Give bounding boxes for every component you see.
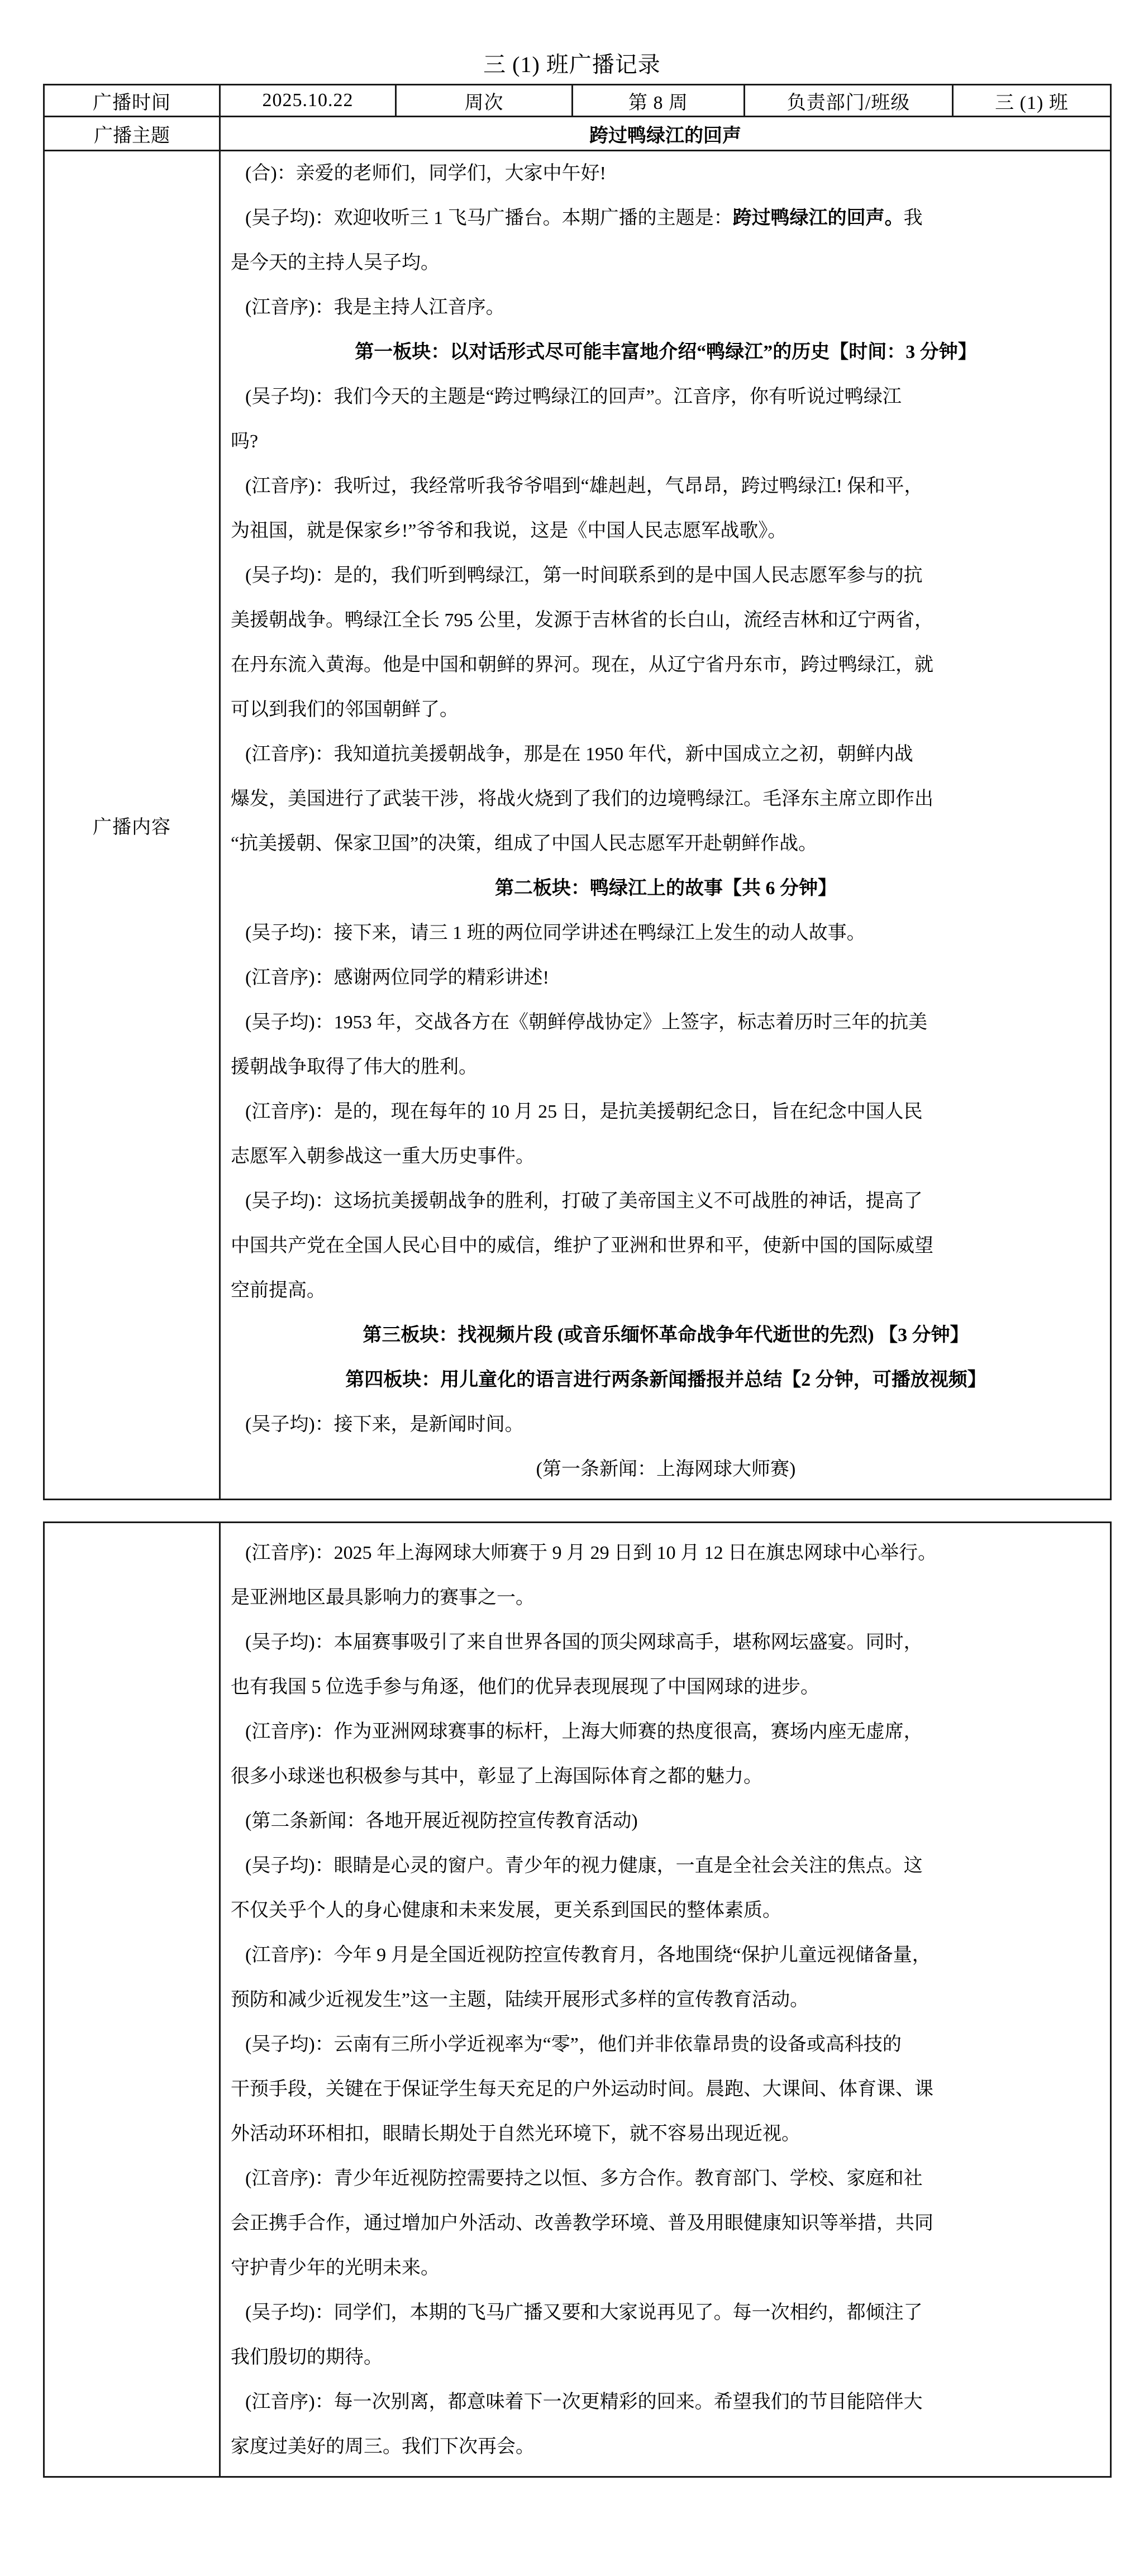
page-title: 三 (1) 班广播记录 <box>0 51 1144 78</box>
dept-value-cell: 三 (1) 班 <box>953 85 1111 117</box>
content-line: (第二条新闻：各地开展近视防控宣传教育活动) <box>231 1799 1101 1844</box>
content-line: 第三板块：找视频片段 (或音乐缅怀革命战争年代逝世的先烈) 【3 分钟】 <box>231 1313 1101 1358</box>
content-line: (吴子均)：云南有三所小学近视率为“零”，他们并非依靠昂贵的设备或高科技的 <box>231 2022 1101 2067</box>
page: { "page": { "title": "三 (1) 班广播记录" }, "t… <box>0 51 1144 2576</box>
content-line: 守护青少年的光明未来。 <box>231 2246 1101 2291</box>
content-line: 可以到我们的邻国朝鲜了。 <box>231 688 1101 732</box>
content-line: (江音序)：今年 9 月是全国近视防控宣传教育月，各地围绕“保护儿童远视储备量， <box>231 1933 1101 1978</box>
table-row-theme: 广播主题 跨过鸭绿江的回声 <box>44 117 1111 151</box>
content-line: (吴子均)：这场抗美援朝战争的胜利，打破了美帝国主义不可战胜的神话，提高了 <box>231 1179 1101 1224</box>
week-value-cell: 第 8 周 <box>573 85 745 117</box>
content-line: 第一板块：以对话形式尽可能丰富地介绍“鸭绿江”的历史【时间：3 分钟】 <box>231 330 1101 375</box>
table-gap <box>0 1500 1144 1521</box>
content-line: 志愿军入朝参战这一重大历史事件。 <box>231 1134 1101 1179</box>
theme-label-cell: 广播主题 <box>44 117 220 151</box>
content-line: (吴子均)：同学们，本期的飞马广播又要和大家说再见了。每一次相约，都倾注了 <box>231 2291 1101 2335</box>
content-line: “抗美援朝、保家卫国”的决策，组成了中国人民志愿军开赴朝鲜作战。 <box>231 822 1101 866</box>
content-line: 是亚洲地区最具影响力的赛事之一。 <box>231 1576 1101 1620</box>
content-line: 家度过美好的周三。我们下次再会。 <box>231 2425 1101 2469</box>
dept-label-cell: 负责部门/班级 <box>745 85 953 117</box>
content-line: (吴子均)：欢迎收听三 1 飞马广播台。本期广播的主题是：跨过鸭绿江的回声。我 <box>231 196 1101 241</box>
content-line: 爆发，美国进行了武装干涉，将战火烧到了我们的边境鸭绿江。毛泽东主席立即作出 <box>231 777 1101 822</box>
content-line: 吗? <box>231 419 1101 464</box>
table-row-content: 广播内容 (合)：亲爱的老师们，同学们，大家中午好!(吴子均)：欢迎收听三 1 … <box>44 151 1111 1500</box>
content-line: 预防和减少近视发生”这一主题，陆续开展形式多样的宣传教育活动。 <box>231 1978 1101 2022</box>
content-line-bold-segment: 跨过鸭绿江的回声。 <box>733 208 904 228</box>
content-line: (合)：亲爱的老师们，同学们，大家中午好! <box>231 151 1101 196</box>
content-line: (吴子均)：接下来，请三 1 班的两位同学讲述在鸭绿江上发生的动人故事。 <box>231 911 1101 956</box>
content-line: 在丹东流入黄海。他是中国和朝鲜的界河。现在，从辽宁省丹东市，跨过鸭绿江，就 <box>231 643 1101 688</box>
content-line: (江音序)：每一次别离，都意味着下一次更精彩的回来。希望我们的节目能陪伴大 <box>231 2380 1101 2425</box>
content-line: (江音序)：2025 年上海网球大师赛于 9 月 29 日到 10 月 12 日… <box>231 1531 1101 1576</box>
broadcast-record-table-continued: (江音序)：2025 年上海网球大师赛于 9 月 29 日到 10 月 12 日… <box>43 1521 1112 2478</box>
content-label-cell: 广播内容 <box>44 151 220 1500</box>
theme-value-cell: 跨过鸭绿江的回声 <box>220 117 1111 151</box>
content-line: 美援朝战争。鸭绿江全长 795 公里，发源于吉林省的长白山，流经吉林和辽宁两省， <box>231 598 1101 643</box>
content-line: 是今天的主持人吴子均。 <box>231 241 1101 285</box>
content-cell: (合)：亲爱的老师们，同学们，大家中午好!(吴子均)：欢迎收听三 1 飞马广播台… <box>220 151 1111 1500</box>
time-value-cell: 2025.10.22 <box>220 85 396 117</box>
broadcast-record-table: 广播时间 2025.10.22 周次 第 8 周 负责部门/班级 三 (1) 班… <box>43 84 1112 1500</box>
content-line-segment: (吴子均)：欢迎收听三 1 飞马广播台。本期广播的主题是： <box>245 208 733 228</box>
content-line: 援朝战争取得了伟大的胜利。 <box>231 1045 1101 1090</box>
content-line: (江音序)：感谢两位同学的精彩讲述! <box>231 956 1101 1000</box>
content-line: 很多小球迷也积极参与其中，彰显了上海国际体育之都的魅力。 <box>231 1754 1101 1799</box>
content-line: 会正携手合作，通过增加户外活动、改善教学环境、普及用眼健康知识等举措，共同 <box>231 2201 1101 2246</box>
table2-row-content: (江音序)：2025 年上海网球大师赛于 9 月 29 日到 10 月 12 日… <box>44 1523 1111 2477</box>
content-line: 干预手段，关键在于保证学生每天充足的户外运动时间。晨跑、大课间、体育课、课 <box>231 2067 1101 2112</box>
content-line: (吴子均)：本届赛事吸引了来自世界各国的顶尖网球高手，堪称网坛盛宴。同时， <box>231 1620 1101 1665</box>
content-line: (江音序)：我知道抗美援朝战争，那是在 1950 年代，新中国成立之初，朝鲜内战 <box>231 732 1101 777</box>
content-line-segment: 我 <box>904 208 923 228</box>
content-line: 我们殷切的期待。 <box>231 2335 1101 2380</box>
content-line: (吴子均)：是的，我们听到鸭绿江，第一时间联系到的是中国人民志愿军参与的抗 <box>231 554 1101 598</box>
time-label-cell: 广播时间 <box>44 85 220 117</box>
content-line: 为祖国，就是保家乡!”爷爷和我说，这是《中国人民志愿军战歌》。 <box>231 509 1101 554</box>
content-line: (江音序)：我听过，我经常听我爷爷唱到“雄赳赳，气昂昂，跨过鸭绿江! 保和平， <box>231 464 1101 509</box>
content-line: 空前提高。 <box>231 1268 1101 1313</box>
content-line: (江音序)：我是主持人江音序。 <box>231 285 1101 330</box>
content-line: (江音序)：青少年近视防控需要持之以恒、多方合作。教育部门、学校、家庭和社 <box>231 2157 1101 2201</box>
content-line: (吴子均)：眼睛是心灵的窗户。青少年的视力健康，一直是全社会关注的焦点。这 <box>231 1844 1101 1888</box>
content-line: 第二板块：鸭绿江上的故事【共 6 分钟】 <box>231 866 1101 911</box>
content-line: 中国共产党在全国人民心目中的威信，维护了亚洲和世界和平，使新中国的国际威望 <box>231 1224 1101 1268</box>
empty-label-cell <box>44 1523 220 2477</box>
content-line: 第四板块：用儿童化的语言进行两条新闻播报并总结【2 分钟，可播放视频】 <box>231 1358 1101 1403</box>
content-line: (江音序)：是的，现在每年的 10 月 25 日，是抗美援朝纪念日，旨在纪念中国… <box>231 1090 1101 1134</box>
content-line: (第一条新闻：上海网球大师赛) <box>231 1447 1101 1492</box>
content-line: (吴子均)：我们今天的主题是“跨过鸭绿江的回声”。江音序，你有听说过鸭绿江 <box>231 375 1101 419</box>
content-line: 也有我国 5 位选手参与角逐，他们的优异表现展现了中国网球的进步。 <box>231 1665 1101 1710</box>
content-line: 不仅关乎个人的身心健康和未来发展，更关系到国民的整体素质。 <box>231 1888 1101 1933</box>
content-line: 外活动环环相扣，眼睛长期处于自然光环境下，就不容易出现近视。 <box>231 2112 1101 2157</box>
table-row-time: 广播时间 2025.10.22 周次 第 8 周 负责部门/班级 三 (1) 班 <box>44 85 1111 117</box>
week-label-cell: 周次 <box>396 85 573 117</box>
content-line: (吴子均)：1953 年，交战各方在《朝鲜停战协定》上签字，标志着历时三年的抗美 <box>231 1000 1101 1045</box>
content-line: (江音序)：作为亚洲网球赛事的标杆，上海大师赛的热度很高，赛场内座无虚席， <box>231 1710 1101 1754</box>
content-line: (吴子均)：接下来，是新闻时间。 <box>231 1403 1101 1447</box>
content-cell-continued: (江音序)：2025 年上海网球大师赛于 9 月 29 日到 10 月 12 日… <box>220 1523 1111 2477</box>
